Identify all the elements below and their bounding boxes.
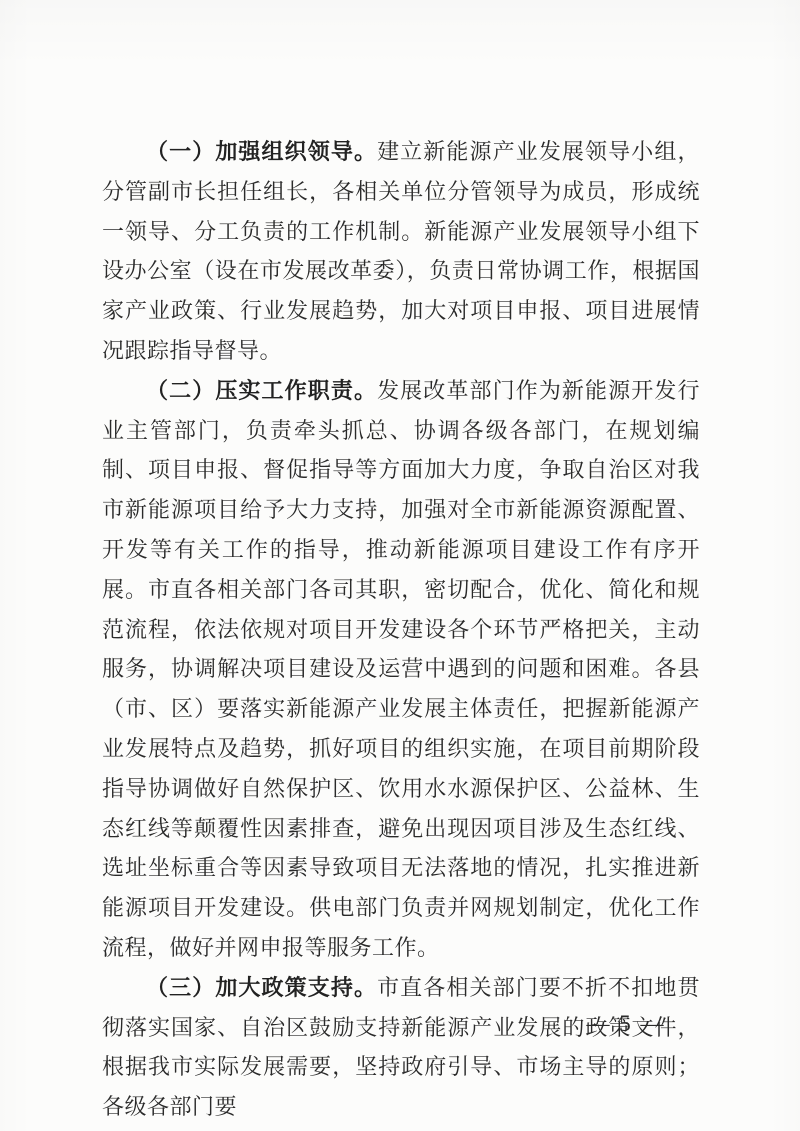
paragraph-2: （二）压实工作职责。发展改革部门作为新能源开发行业主管部门，负责牵头抓总、协调各… xyxy=(102,371,700,968)
paragraph-3-heading: （三）加大政策支持。 xyxy=(146,975,377,1000)
paragraph-1: （一）加强组织领导。建立新能源产业发展领导小组，分管副市长担任组长，各相关单位分… xyxy=(102,132,700,371)
page-number: — 5 — xyxy=(566,1006,686,1042)
paragraph-1-text: 建立新能源产业发展领导小组，分管副市长担任组长，各相关单位分管领导为成员，形成统… xyxy=(102,139,700,363)
paragraph-2-heading: （二）压实工作职责。 xyxy=(146,378,377,403)
paragraph-1-heading: （一）加强组织领导。 xyxy=(146,139,377,164)
document-page: （一）加强组织领导。建立新能源产业发展领导小组，分管副市长担任组长，各相关单位分… xyxy=(0,0,800,1131)
document-body: （一）加强组织领导。建立新能源产业发展领导小组，分管副市长担任组长，各相关单位分… xyxy=(102,132,700,1127)
paragraph-2-text: 发展改革部门作为新能源开发行业主管部门，负责牵头抓总、协调各级各部门，在规划编制… xyxy=(102,378,700,960)
paragraph-3: （三）加大政策支持。市直各相关部门要不折不扣地贯彻落实国家、自治区鼓励支持新能源… xyxy=(102,968,700,1127)
